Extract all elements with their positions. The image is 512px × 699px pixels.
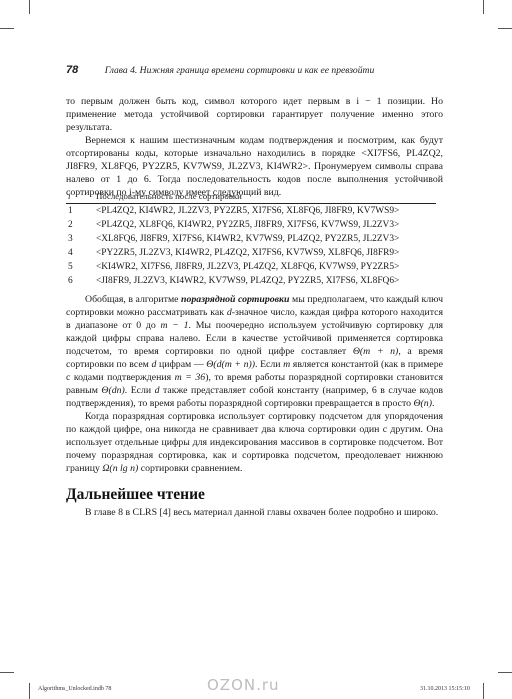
text-run: . Если: [255, 359, 283, 370]
sort-sequence-table: i Последовательность после сортировки 1 …: [66, 189, 436, 288]
column-header-i: i: [66, 189, 96, 203]
crop-mark: [0, 28, 14, 29]
term-radix-sort: поразрядной сортировки: [181, 294, 289, 305]
formula-omega-n-lg-n: Ω(n lg n): [102, 463, 138, 474]
paragraph-counting-sort: Когда поразрядная сортировка использует …: [66, 410, 443, 475]
crop-mark: [483, 0, 484, 14]
row-sequence: <XL8FQ6, JI8FR9, XI7FS6, KI4WR2, KV7WS9,…: [96, 232, 436, 246]
column-header-sequence: Последовательность после сортировки: [96, 189, 436, 203]
crop-mark: [483, 683, 484, 699]
crop-mark: [29, 0, 30, 14]
page-number: 78: [66, 64, 78, 76]
row-index: 6: [66, 274, 96, 288]
row-sequence: <PY2ZR5, JL2ZV3, KI4WR2, PL4ZQ2, XI7FS6,…: [96, 246, 436, 260]
footer-file-info: Algorithms_Unlocked.indb 78: [38, 686, 111, 692]
text-run: . Если: [125, 385, 155, 396]
table-row: 6 <JI8FR9, JL2ZV3, KI4WR2, KV7WS9, PL4ZQ…: [66, 274, 436, 288]
section-heading-further-reading: Дальнейшее чтение: [66, 486, 205, 504]
footer-timestamp: 31.10.2013 15:15:10: [420, 686, 470, 692]
row-index: 3: [66, 232, 96, 246]
crop-mark: [498, 672, 512, 673]
running-head: 78 Глава 4. Нижняя граница времени сорти…: [66, 64, 446, 76]
crop-mark: [29, 683, 30, 699]
formula-theta-d-m-plus-n: Θ(d(m + n)): [206, 359, 255, 370]
row-index: 4: [66, 246, 96, 260]
paragraph-radix-sort: Обобщая, в алгоритме поразрядной сортиро…: [66, 293, 443, 410]
text-run: сортировки сравнением.: [138, 463, 242, 474]
further-reading-text: В главе 8 в CLRS [4] весь материал данно…: [85, 507, 465, 518]
row-index: 2: [66, 218, 96, 232]
text-run: Обобщая, в алгоритме: [85, 294, 181, 305]
row-sequence: <PL4ZQ2, KI4WR2, JL2ZV3, PY2ZR5, XI7FS6,…: [96, 204, 436, 218]
crop-mark: [498, 28, 512, 29]
formula-theta-n: Θ(n): [413, 398, 432, 409]
formula-theta-m-plus-n: Θ(m + n): [353, 346, 398, 357]
row-sequence: <KI4WR2, XI7FS6, JI8FR9, JL2ZV3, PL4ZQ2,…: [96, 260, 436, 274]
watermark-logo: OZON.ru: [207, 676, 280, 694]
chapter-title: Глава 4. Нижняя граница времени сортиров…: [105, 65, 375, 76]
row-sequence: <JI8FR9, JL2ZV3, KI4WR2, KV7WS9, PL4ZQ2,…: [96, 274, 436, 288]
formula-theta-dn: Θ(dn): [101, 385, 124, 396]
text-run: цифрам —: [156, 359, 206, 370]
crop-mark: [0, 672, 14, 673]
table-header: i Последовательность после сортировки: [66, 189, 436, 204]
radix-text: Обобщая, в алгоритме поразрядной сортиро…: [66, 293, 443, 475]
table-row: 5 <KI4WR2, XI7FS6, JI8FR9, JL2ZV3, PL4ZQ…: [66, 260, 436, 274]
table-row: 2 <PL4ZQ2, XL8FQ6, KI4WR2, PY2ZR5, JI8FR…: [66, 218, 436, 232]
text-run: .: [432, 398, 434, 409]
row-index: 1: [66, 204, 96, 218]
intro-text: то первым должен быть код, символ которо…: [66, 95, 443, 199]
table-row: 3 <XL8FQ6, JI8FR9, XI7FS6, KI4WR2, KV7WS…: [66, 232, 436, 246]
math-m-minus-1: m − 1: [160, 320, 188, 331]
formula-m-equals-36: m = 36: [175, 372, 206, 383]
row-sequence: <PL4ZQ2, XL8FQ6, KI4WR2, PY2ZR5, JI8FR9,…: [96, 218, 436, 232]
table-row: 1 <PL4ZQ2, KI4WR2, JL2ZV3, PY2ZR5, XI7FS…: [66, 204, 436, 218]
table-row: 4 <PY2ZR5, JL2ZV3, KI4WR2, PL4ZQ2, XI7FS…: [66, 246, 436, 260]
paragraph-stable-sort: то первым должен быть код, символ которо…: [66, 95, 443, 134]
row-index: 5: [66, 260, 96, 274]
